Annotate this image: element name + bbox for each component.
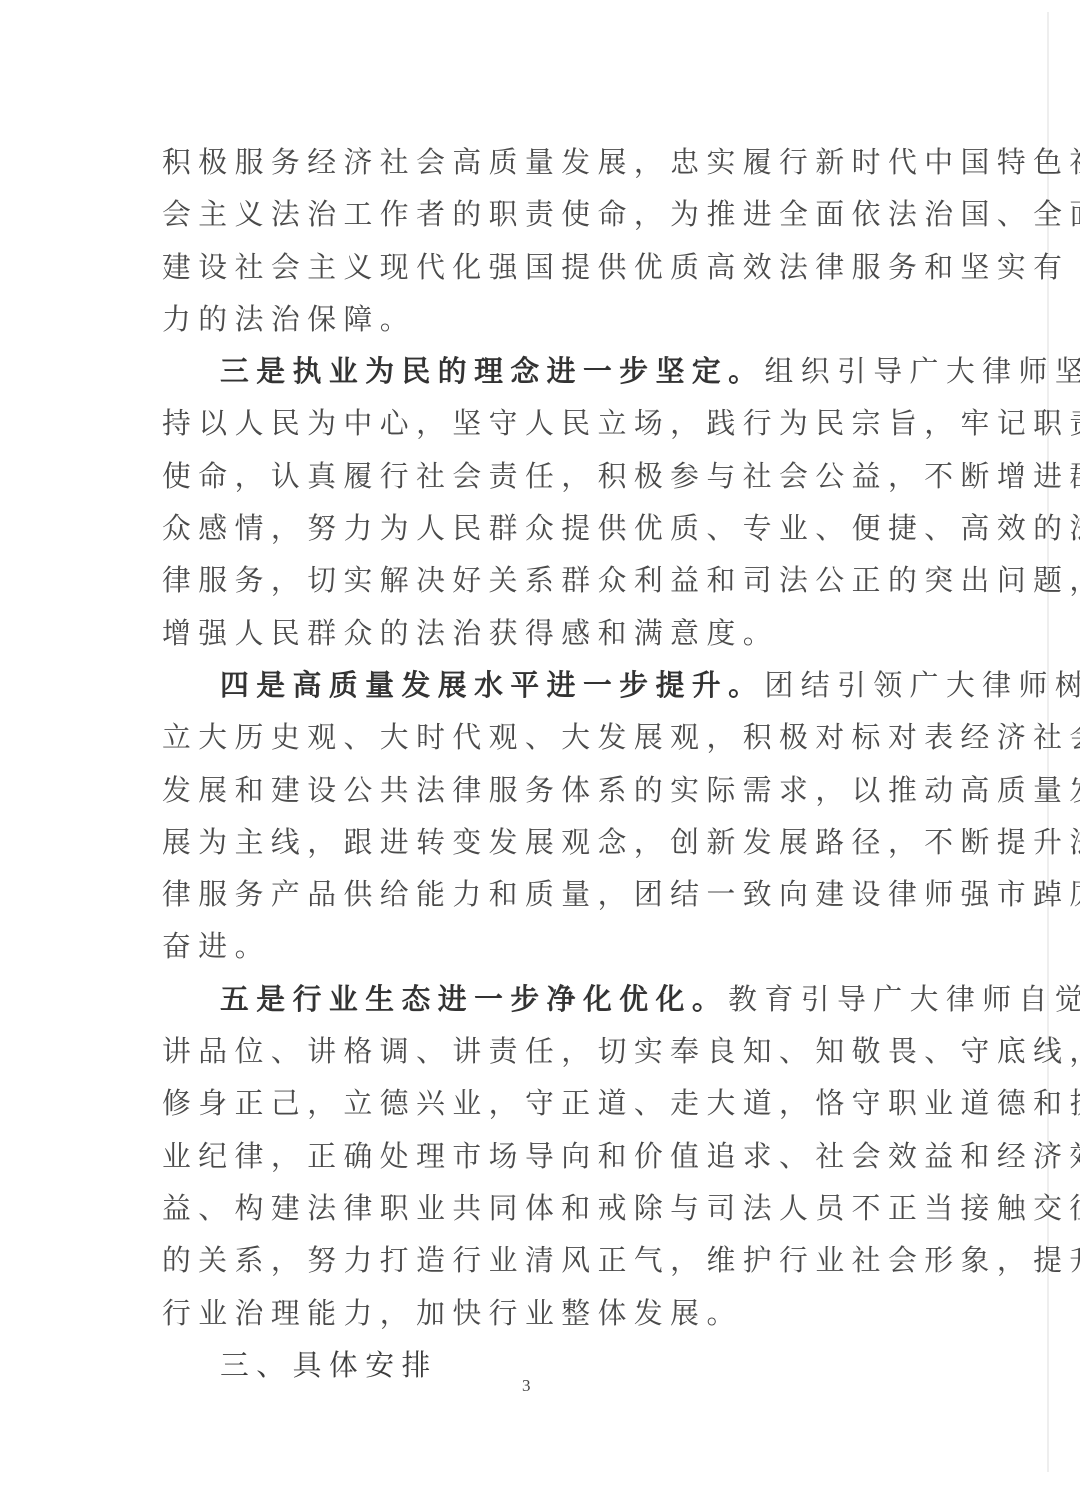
text-line: 律服务产品供给能力和质量，团结一致向建设律师强市踔厉 bbox=[162, 868, 890, 920]
text-line: 益、构建法律职业共同体和戒除与司法人员不正当接触交往 bbox=[162, 1182, 890, 1234]
text-line: 立大历史观、大时代观、大发展观，积极对标对表经济社会 bbox=[162, 711, 890, 763]
page-number: 3 bbox=[522, 1376, 531, 1396]
text-line: 力的法治保障。 bbox=[162, 293, 890, 345]
paragraph-lead: 四是高质量发展水平进一步提升。 bbox=[220, 668, 764, 702]
text-line: 业纪律，正确处理市场导向和价值追求、社会效益和经济效 bbox=[162, 1130, 890, 1182]
text-line: 四是高质量发展水平进一步提升。团结引领广大律师树 bbox=[162, 659, 890, 711]
document-body: 积极服务经济社会高质量发展，忠实履行新时代中国特色社 会主义法治工作者的职责使命… bbox=[162, 136, 890, 1391]
text-line: 众感情，努力为人民群众提供优质、专业、便捷、高效的法 bbox=[162, 502, 890, 554]
paragraph-text: 团结引领广大律师树 bbox=[764, 668, 1080, 702]
paragraph-text: 组织引导广大律师坚 bbox=[764, 354, 1080, 388]
text-line: 讲品位、讲格调、讲责任，切实奉良知、知敬畏、守底线， bbox=[162, 1025, 890, 1077]
text-line: 五是行业生态进一步净化优化。教育引导广大律师自觉 bbox=[162, 973, 890, 1025]
text-line: 增强人民群众的法治获得感和满意度。 bbox=[162, 607, 890, 659]
text-line: 的关系，努力打造行业清风正气，维护行业社会形象，提升 bbox=[162, 1234, 890, 1286]
document-page: 积极服务经济社会高质量发展，忠实履行新时代中国特色社 会主义法治工作者的职责使命… bbox=[0, 0, 1080, 1485]
paragraph-continuation: 积极服务经济社会高质量发展，忠实履行新时代中国特色社 会主义法治工作者的职责使命… bbox=[162, 136, 890, 345]
text-line: 三是执业为民的理念进一步坚定。组织引导广大律师坚 bbox=[162, 345, 890, 397]
text-line: 修身正己，立德兴业，守正道、走大道，恪守职业道德和执 bbox=[162, 1077, 890, 1129]
paragraph-three: 三是执业为民的理念进一步坚定。组织引导广大律师坚 持以人民为中心，坚守人民立场，… bbox=[162, 345, 890, 659]
paragraph-four: 四是高质量发展水平进一步提升。团结引领广大律师树 立大历史观、大时代观、大发展观… bbox=[162, 659, 890, 973]
text-line: 行业治理能力，加快行业整体发展。 bbox=[162, 1287, 890, 1339]
text-line: 奋进。 bbox=[162, 920, 890, 972]
paragraph-five: 五是行业生态进一步净化优化。教育引导广大律师自觉 讲品位、讲格调、讲责任，切实奉… bbox=[162, 973, 890, 1339]
paragraph-lead: 三是执业为民的理念进一步坚定。 bbox=[220, 354, 764, 388]
paragraph-text: 教育引导广大律师自觉 bbox=[728, 982, 1080, 1016]
text-line: 积极服务经济社会高质量发展，忠实履行新时代中国特色社 bbox=[162, 136, 890, 188]
text-line: 发展和建设公共法律服务体系的实际需求，以推动高质量发 bbox=[162, 764, 890, 816]
text-line: 建设社会主义现代化强国提供优质高效法律服务和坚实有 bbox=[162, 241, 890, 293]
paragraph-lead: 五是行业生态进一步净化优化。 bbox=[220, 982, 728, 1016]
text-line: 展为主线，跟进转变发展观念，创新发展路径，不断提升法 bbox=[162, 816, 890, 868]
text-line: 会主义法治工作者的职责使命，为推进全面依法治国、全面 bbox=[162, 188, 890, 240]
text-line: 律服务，切实解决好关系群众利益和司法公正的突出问题， bbox=[162, 554, 890, 606]
text-line: 持以人民为中心，坚守人民立场，践行为民宗旨，牢记职责 bbox=[162, 397, 890, 449]
text-line: 使命，认真履行社会责任，积极参与社会公益，不断增进群 bbox=[162, 450, 890, 502]
